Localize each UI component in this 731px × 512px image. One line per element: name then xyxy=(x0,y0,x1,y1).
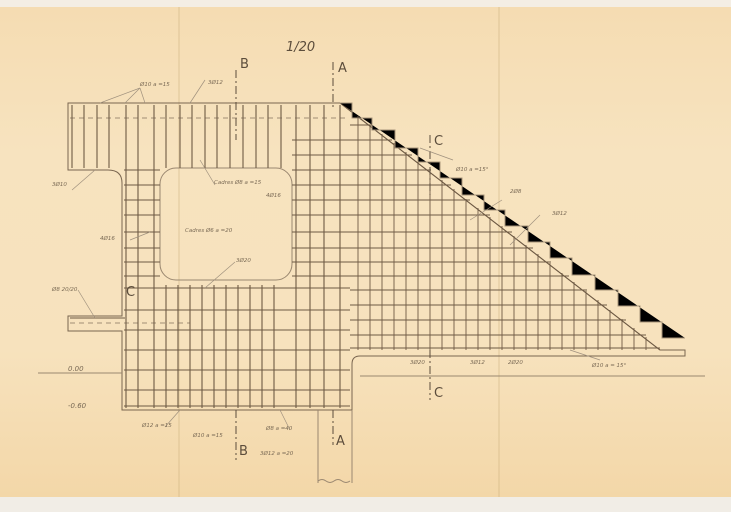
label-stair-1: 2Ø8 xyxy=(510,188,522,195)
section-b-top: B xyxy=(240,57,249,72)
label-bottom-mid-1: Ø8 a =40 xyxy=(265,425,293,432)
label-bottom-left-1: Ø12 a =15 xyxy=(141,422,172,429)
level-ground: 0.00 xyxy=(68,365,84,373)
label-top-mid-rebar: 3Ø12 xyxy=(208,79,223,86)
label-bottom-mid-2: 3Ø12 a =20 xyxy=(260,450,294,457)
section-c-bottom: C xyxy=(434,386,443,401)
label-base-4: Ø10 a = 15° xyxy=(591,362,627,369)
section-b-bottom: B xyxy=(239,444,248,459)
reinforcement-drawing: 1/20 B A C C C B A 0.00 -0.60 Ø10 a =15 … xyxy=(0,0,731,512)
section-a-bottom: A xyxy=(336,434,345,449)
label-bottom-left-2: Ø10 a =15 xyxy=(192,432,223,439)
label-left-flange: 3Ø10 xyxy=(52,181,67,188)
label-left-stem: 4Ø16 xyxy=(100,235,115,242)
label-opening-bottom: 3Ø20 xyxy=(236,257,251,264)
scale-label: 1/20 xyxy=(286,40,315,55)
section-c-top: C xyxy=(434,134,443,149)
section-c-left: C xyxy=(126,285,135,300)
label-opening-stirrups-mid: Cadres Ø6 a =20 xyxy=(185,227,233,234)
label-base-3: 2Ø20 xyxy=(508,359,523,366)
label-base-2: 3Ø12 xyxy=(470,359,485,366)
label-opening-stirrups-top: Cadres Ø8 a =15 xyxy=(214,179,262,186)
label-base-1: 3Ø20 xyxy=(410,359,425,366)
label-stair-top: Ø10 a =15° xyxy=(455,166,489,173)
section-a-top: A xyxy=(338,61,347,76)
label-top-left-rebar: Ø10 a =15 xyxy=(139,81,170,88)
label-left-cantilever: Ø8 20/20 xyxy=(51,286,78,293)
label-stair-2: 3Ø12 xyxy=(552,210,567,217)
label-opening-right: 4Ø16 xyxy=(266,192,281,199)
level-lower: -0.60 xyxy=(68,402,87,410)
